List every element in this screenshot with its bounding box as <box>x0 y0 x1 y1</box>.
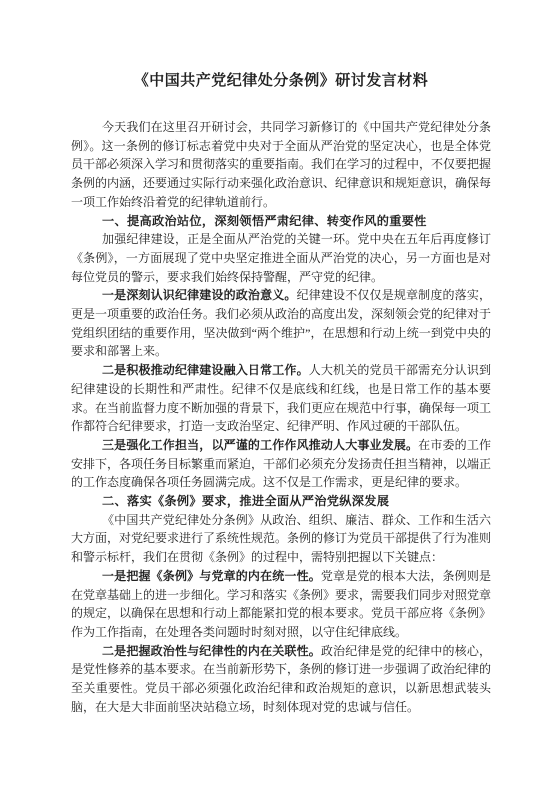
paragraph: 加强纪律建设，正是全面从严治党的关键一环。党中央在五年后再度修订《条例》，一方面… <box>71 230 491 286</box>
paragraph-text: 加强纪律建设，正是全面从严治党的关键一环。党中央在五年后再度修订《条例》，一方面… <box>71 232 491 283</box>
paragraph-lead: 一是把握《条例》与党章的内在统一性。 <box>102 569 321 583</box>
paragraph-lead: 二是积极推动纪律建设融入日常工作。 <box>102 363 309 377</box>
paragraph-point-3: 三是强化工作担当，以严谨的工作作风推动人大事业发展。在市委的工作安排下，各项任务… <box>71 436 491 492</box>
paragraph-lead: 二是把握政治性与纪律性的内在关联性。 <box>102 644 321 658</box>
paragraph: 《中国共产党纪律处分条例》从政治、组织、廉洁、群众、工作和生活六大方面，对党纪要… <box>71 511 491 567</box>
paragraph-point-1: 一是深刻认识纪律建设的政治意义。纪律建设不仅仅是规章制度的落实，更是一项重要的政… <box>71 286 491 361</box>
document-page: 《中国共产党纪律处分条例》研讨发言材料 今天我们在这里召开研讨会，共同学习新修订… <box>0 0 560 792</box>
section-heading-2: 二、落实《条例》要求，推进全面从严治党纵深发展 <box>71 492 491 511</box>
paragraph-intro: 今天我们在这里召开研讨会，共同学习新修订的《中国共产党纪律处分条例》。这一条例的… <box>71 118 491 212</box>
paragraph-text: 《中国共产党纪律处分条例》从政治、组织、廉洁、群众、工作和生活六大方面，对党纪要… <box>71 513 491 564</box>
paragraph-point-2: 二是积极推动纪律建设融入日常工作。人大机关的党员干部需充分认识到纪律建设的长期性… <box>71 361 491 436</box>
section-heading-text: 二、落实《条例》要求，推进全面从严治党纵深发展 <box>102 494 389 508</box>
paragraph-text: 今天我们在这里召开研讨会，共同学习新修订的《中国共产党纪律处分条例》。这一条例的… <box>71 120 491 209</box>
paragraph-point-1b: 一是把握《条例》与党章的内在统一性。党章是党的根本大法，条例则是在党章基础上的进… <box>71 567 491 642</box>
paragraph-lead: 三是强化工作担当，以严谨的工作作风推动人大事业发展。 <box>102 438 418 452</box>
paragraph-lead: 一是深刻认识纪律建设的政治意义。 <box>102 288 297 302</box>
paragraph-point-2b: 二是把握政治性与纪律性的内在关联性。政治纪律是党的纪律中的核心，是党性修养的基本… <box>71 642 491 717</box>
section-heading-text: 一、提高政治站位，深刻领悟严肃纪律、转变作风的重要性 <box>102 214 427 228</box>
document-title: 《中国共产党纪律处分条例》研讨发言材料 <box>71 70 491 92</box>
section-heading-1: 一、提高政治站位，深刻领悟严肃纪律、转变作风的重要性 <box>71 212 491 231</box>
